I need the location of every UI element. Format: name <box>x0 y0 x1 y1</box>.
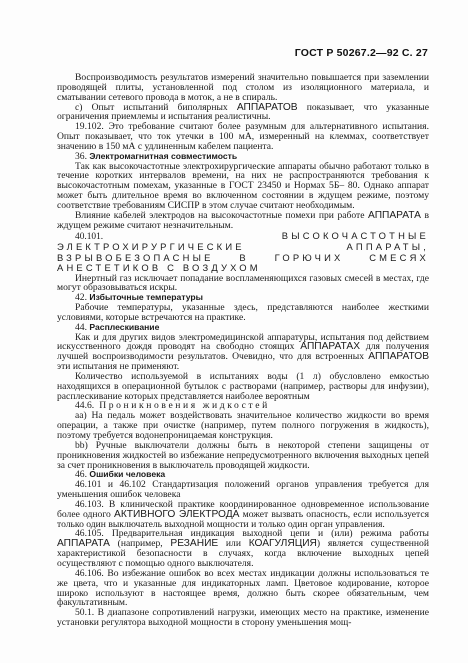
document-body: Воспроизводимость результатов измерений … <box>57 73 429 628</box>
paragraph: aa) На педаль может воздействовать значи… <box>57 411 429 441</box>
spaced-heading: 40.101. ВЫСОКОЧАСТОТНЫЕ ЭЛЕКТРОХИРУРГИЧЕ… <box>57 231 429 274</box>
paragraph: Влияние кабелей электродов на высокочаст… <box>57 211 429 231</box>
paragraph: 46.106. Во избежание ошибок во всех мест… <box>57 569 429 608</box>
paragraph: bb) Ручные выключатели должны быть в нек… <box>57 441 429 471</box>
document-page: ГОСТ Р 50267.2—92 С. 27 Воспроизводимост… <box>0 0 468 663</box>
paragraph: 46.101 и 46.102 Стандартизация положений… <box>57 480 429 500</box>
paragraph: Как и для других видов электромедицинско… <box>57 333 429 372</box>
paragraph: 19.102. Это требование считают более раз… <box>57 122 429 152</box>
paragraph: Воспроизводимость результатов измерений … <box>57 73 429 103</box>
paragraph: Инертный газ исключает попадание восплам… <box>57 274 429 294</box>
paragraph: Рабочие температуры, указанные здесь, пр… <box>57 303 429 323</box>
paragraph: Так как высокочастотные электрохирургиче… <box>57 162 429 211</box>
paragraph: с) Опыт испытаний биполярных АППАРАТОВ п… <box>57 103 429 123</box>
page-header: ГОСТ Р 50267.2—92 С. 27 <box>295 47 428 59</box>
paragraph: 46.105. Предварительная индикация выходн… <box>57 529 429 568</box>
paragraph: Количество используемой в испытаниях вод… <box>57 372 429 402</box>
paragraph: 50.1. В диапазоне сопротивлений нагрузки… <box>57 608 429 628</box>
paragraph: 46.103. В клинической практике координир… <box>57 500 429 530</box>
